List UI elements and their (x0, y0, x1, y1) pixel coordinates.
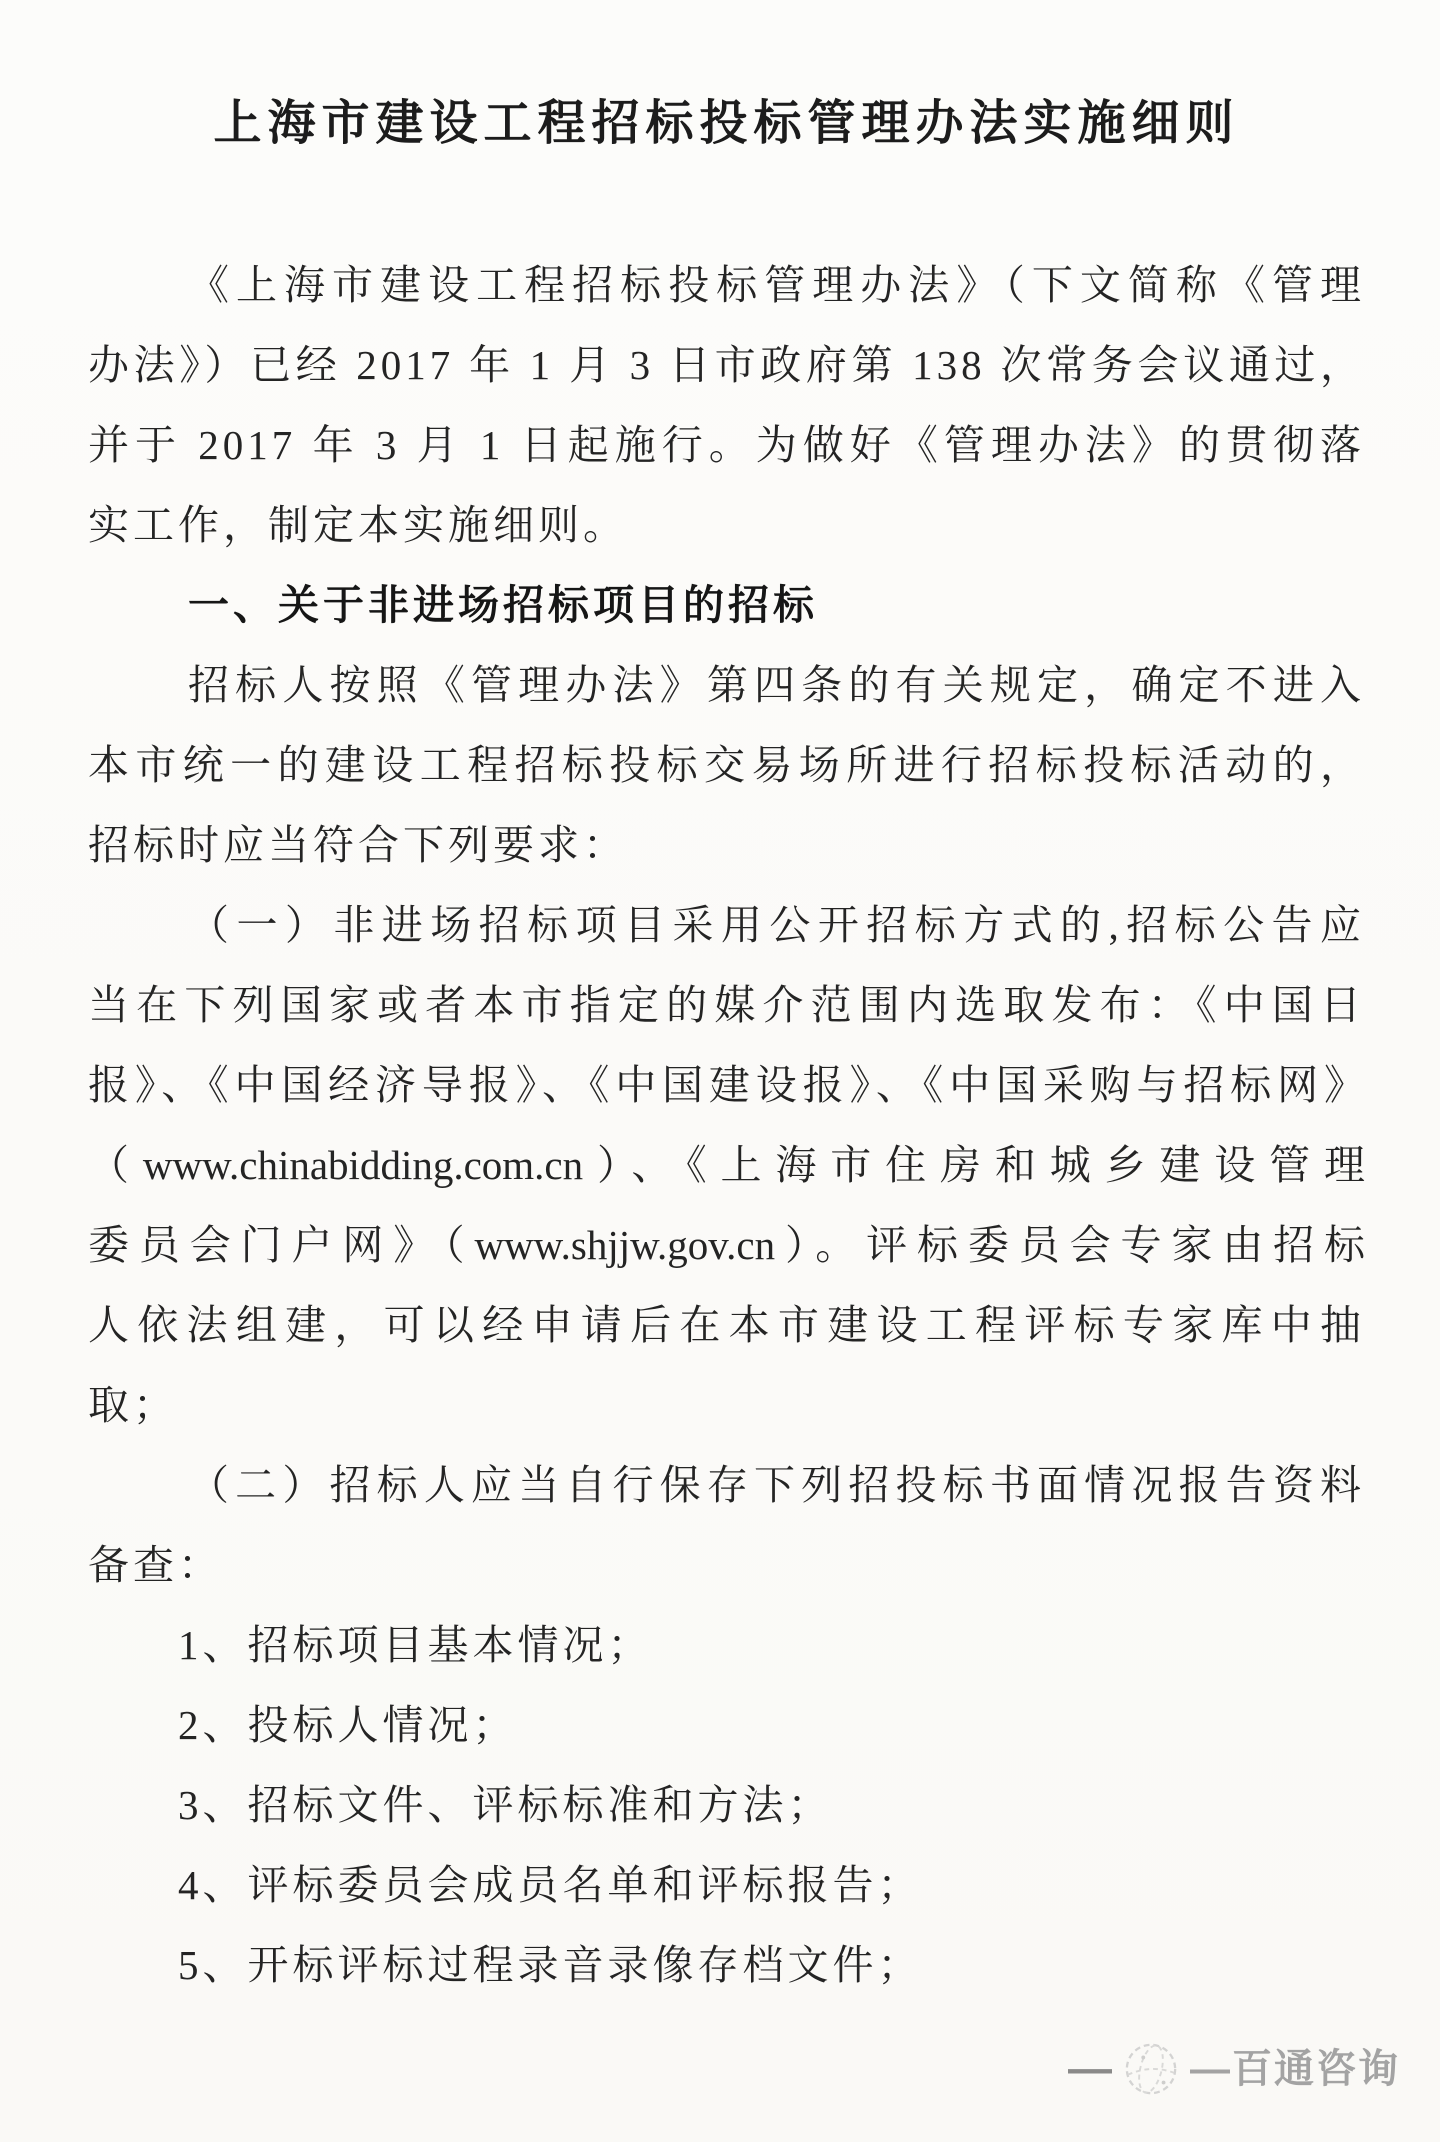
document-line: 一、关于非进场招标项目的招标 (88, 565, 1365, 645)
document-line: 4、评标委员会成员名单和评标报告； (88, 1845, 1365, 1925)
document-line: 1、招标项目基本情况； (88, 1605, 1365, 1685)
document-line: （二）招标人应当自行保存下列招投标书面情况报告资料 (88, 1445, 1365, 1525)
document-line: 人依法组建，可以经申请后在本市建设工程评标专家库中抽 (88, 1285, 1365, 1365)
document-page: 上海市建设工程招标投标管理办法实施细则 《上海市建设工程招标投标管理办法》（下文… (0, 0, 1440, 2142)
document-line: 实工作，制定本实施细则。 (88, 485, 1365, 565)
document-line: 委员会门户网》（www.shjjw.gov.cn）。评标委员会专家由招标 (88, 1205, 1365, 1285)
document-lines: 《上海市建设工程招标投标管理办法》（下文简称《管理办法》）已经 2017 年 1… (88, 245, 1365, 2005)
document-line: （www.chinabidding.com.cn）、《上海市住房和城乡建设管理 (88, 1125, 1365, 1205)
footer-watermark: — —百通咨询 (1068, 2040, 1400, 2098)
footer-dash: — (1068, 2040, 1112, 2098)
document-line: 并于 2017 年 3 月 1 日起施行。为做好《管理办法》的贯彻落 (88, 405, 1365, 485)
document-line: 当在下列国家或者本市指定的媒介范围内选取发布：《中国日 (88, 965, 1365, 1045)
document-line: 报》、《中国经济导报》、《中国建设报》、《中国采购与招标网》 (88, 1045, 1365, 1125)
document-line: 办法》）已经 2017 年 1 月 3 日市政府第 138 次常务会议通过， (88, 325, 1365, 405)
document-line: 备查： (88, 1525, 1365, 1605)
document-line: 取； (88, 1365, 1365, 1445)
document-line: 《上海市建设工程招标投标管理办法》（下文简称《管理 (88, 245, 1365, 325)
document-line: 3、招标文件、评标标准和方法； (88, 1765, 1365, 1845)
footer-brand-text: —百通咨询 (1190, 2040, 1400, 2098)
document-line: 招标人按照《管理办法》第四条的有关规定，确定不进入 (88, 645, 1365, 725)
document-line: 2、投标人情况； (88, 1685, 1365, 1765)
document-line: （一）非进场招标项目采用公开招标方式的,招标公告应 (88, 885, 1365, 965)
document-line: 5、开标评标过程录音录像存档文件； (88, 1925, 1365, 2005)
document-line: 招标时应当符合下列要求： (88, 805, 1365, 885)
globe-icon (1122, 2040, 1180, 2098)
document-line: 本市统一的建设工程招标投标交易场所进行招标投标活动的， (88, 725, 1365, 805)
document-title: 上海市建设工程招标投标管理办法实施细则 (88, 84, 1365, 164)
